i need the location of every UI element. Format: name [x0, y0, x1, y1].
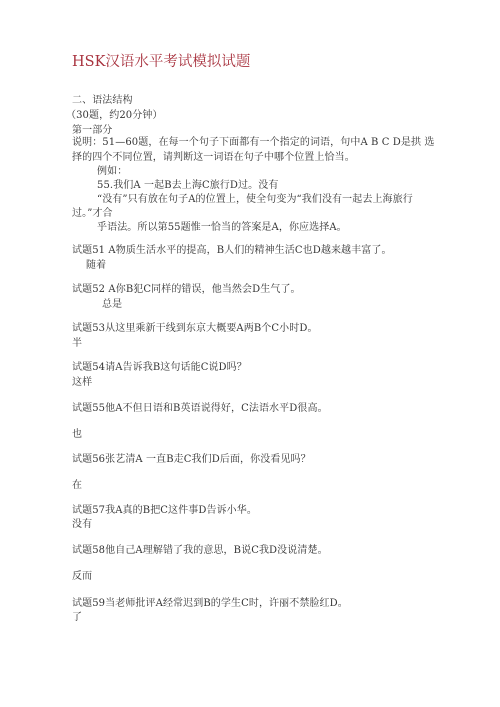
question-59-word: 了 — [72, 611, 82, 624]
section-heading: 二、语法结构 — [72, 94, 133, 107]
example-explanation-line-2: 过。”才合 — [72, 207, 113, 220]
question-53-sentence: 试题53从这里乘新干线到东京大概要A两B个C小时D。 — [72, 322, 318, 335]
question-57-word: 没有 — [72, 518, 92, 531]
question-58-word: 反而 — [72, 570, 92, 583]
question-54-word: 这样 — [72, 376, 92, 389]
example-explanation-line-3: 乎语法。所以第55题惟一恰当的答案是A，你应选择A。 — [97, 221, 347, 234]
question-51-word: 随着 — [86, 259, 106, 272]
question-57-sentence: 试题57我A真的B把C这件事D告诉小华。 — [72, 504, 257, 517]
question-56-sentence: 试题56张艺清A 一直B走C我们D后面，你没看见吗？ — [72, 453, 311, 466]
question-55-sentence: 试题55他A不但日语和B英语说得好，C法语水平D很高。 — [72, 402, 328, 415]
question-56-word: 在 — [72, 479, 82, 492]
question-59-sentence: 试题59当老师批评A经常迟到B的学生C时，许丽不禁脸红D。 — [72, 597, 348, 610]
question-52-word: 总是 — [102, 298, 122, 311]
question-51-sentence: 试题51 A物质生活水平的提高，B人们的精神生活C也D越来越丰富了。 — [72, 244, 392, 257]
instructions-line-2: 择的四个不同位置，请判断这一词语在句子中哪个位置上恰当。 — [72, 151, 355, 164]
question-52-sentence: 试题52 A你B犯C同样的错误，他当然会D生气了。 — [72, 283, 301, 296]
section-info: （30题，约20分钟） — [66, 109, 163, 122]
question-58-sentence: 试题58他自己A理解错了我的意思，B说C我D没说清楚。 — [72, 544, 328, 557]
example-sentence: 55.我们A 一起B去上海C旅行D过。没有 — [97, 179, 278, 192]
document-title: HSK汉语水平考试模拟试题 — [72, 53, 250, 71]
question-54-sentence: 试题54请A告诉我B这句话能C说D吗？ — [72, 361, 247, 374]
question-53-word: 半 — [72, 337, 82, 350]
example-explanation-line-1: “没有”只有放在句子A的位置上，使全句变为“我们没有一起去上海旅行 — [97, 193, 413, 206]
instructions-line-1: 说明：51—60题，在每一个句子下面都有一个指定的词语，句中A B C D是拱 … — [72, 136, 435, 149]
document-page: HSK汉语水平考试模拟试题 二、语法结构 （30题，约20分钟） 第一部分 说明… — [0, 0, 500, 707]
example-label: 例如： — [97, 165, 127, 178]
question-55-word: 也 — [72, 428, 82, 441]
